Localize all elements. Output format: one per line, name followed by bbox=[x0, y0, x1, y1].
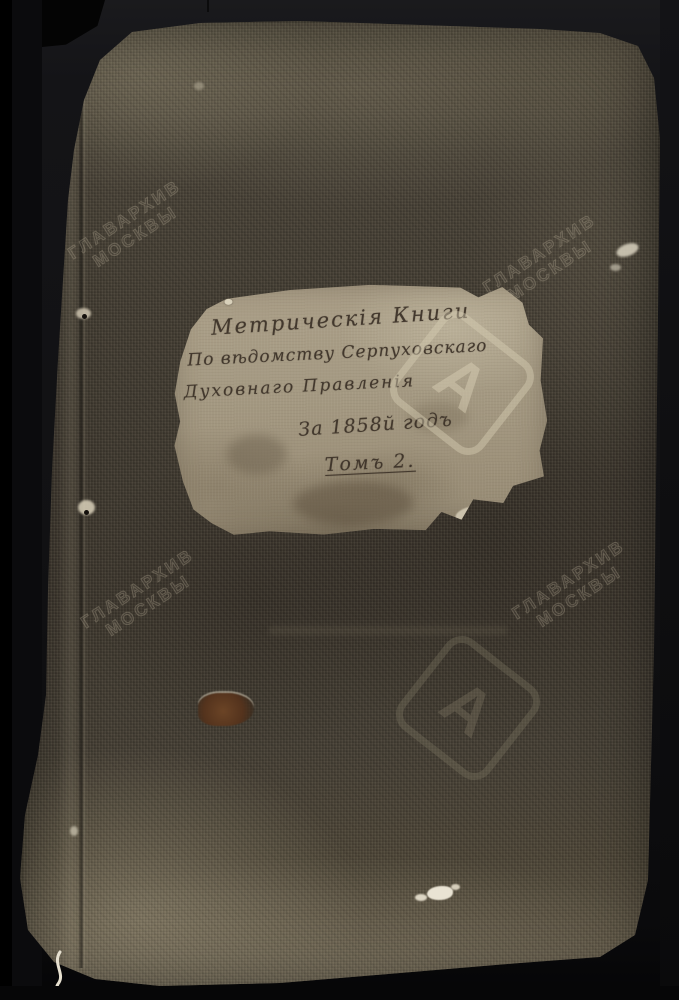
background-bottom-strip bbox=[0, 986, 679, 1000]
splash-blob bbox=[451, 884, 460, 890]
stitch-hole bbox=[82, 314, 87, 319]
wear-scuff bbox=[194, 82, 204, 90]
white-paint-splash bbox=[415, 884, 461, 904]
book-cover: ГЛАВАРХИВ МОСКВЫ ГЛАВАРХИВ МОСКВЫ ГЛАВАР… bbox=[18, 18, 663, 993]
background-right-strip bbox=[660, 0, 679, 1000]
splash-blob bbox=[427, 886, 453, 900]
faint-crease-band bbox=[268, 626, 508, 635]
wear-scuff bbox=[70, 826, 78, 836]
splash-blob bbox=[415, 894, 427, 901]
edge-mark bbox=[207, 0, 209, 12]
archive-logo-letter: А bbox=[424, 344, 500, 423]
label-volume-line: Томъ 2. bbox=[324, 450, 416, 476]
wear-scuff bbox=[610, 264, 621, 271]
spine-crease bbox=[78, 78, 87, 968]
stitch-hole bbox=[84, 510, 89, 515]
black-bookmark-tab bbox=[42, 0, 105, 47]
photo-background: ГЛАВАРХИВ МОСКВЫ ГЛАВАРХИВ МОСКВЫ ГЛАВАР… bbox=[0, 0, 679, 1000]
archive-logo-letter: А bbox=[430, 669, 506, 748]
